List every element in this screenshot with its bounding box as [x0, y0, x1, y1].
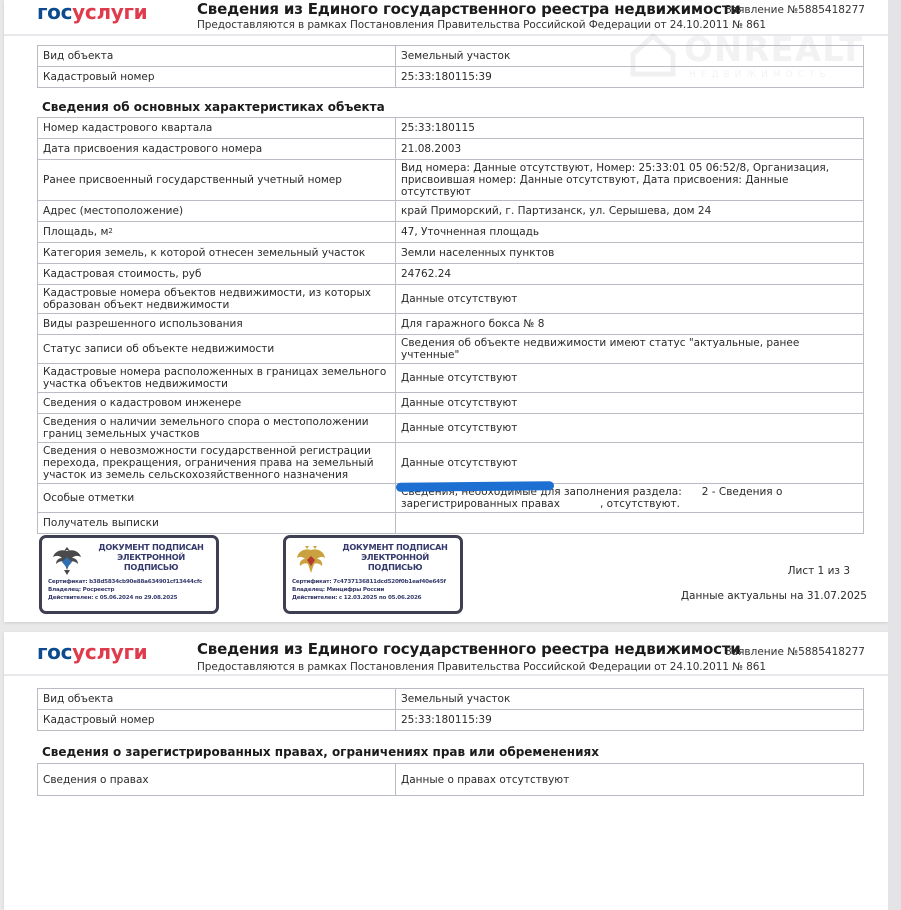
page-header: госуслуги Сведения из Единого государств…: [4, 0, 888, 36]
row-label: Кадастровые номера объектов недвижимости…: [38, 285, 396, 314]
page-header: госуслуги Сведения из Единого государств…: [4, 632, 888, 676]
e-signature-stamp-mintsifry: ДОКУМЕНТ ПОДПИСАН ЭЛЕКТРОННОЙ ПОДПИСЬЮ С…: [283, 535, 463, 614]
superscript: 2: [108, 227, 112, 235]
row-label: Ранее присвоенный государственный учетны…: [38, 160, 396, 201]
object-table: Вид объекта Земельный участок Кадастровы…: [37, 688, 864, 731]
document-page-2: госуслуги Сведения из Единого государств…: [4, 632, 888, 910]
document-subtitle: Предоставляются в рамках Постановления П…: [197, 660, 766, 674]
row-label-text: Сведения о кадастровом инженере: [43, 397, 241, 409]
section-title-rights: Сведения о зарегистрированных правах, ог…: [42, 745, 599, 759]
table-row: Сведения о кадастровом инженереДанные от…: [38, 393, 864, 414]
row-label: Сведения о кадастровом инженере: [38, 393, 396, 414]
gosuslugi-logo: госуслуги: [37, 640, 147, 664]
stamp-certificate: Сертификат: b38d5834cb90e88a634901cf1344…: [48, 578, 212, 586]
row-value: Данные отсутствуют: [396, 393, 864, 414]
stamp-title-line: ПОДПИСЬЮ: [330, 562, 460, 572]
row-label-text: Площадь, м: [43, 226, 108, 238]
row-label-text: Категория земель, к которой отнесен земе…: [43, 247, 365, 259]
row-value: Данные отсутствуют: [396, 443, 864, 484]
row-label: Адрес (местоположение): [38, 201, 396, 222]
row-value: 24762.24: [396, 264, 864, 285]
stamp-details: Сертификат: 7c4737136811dcd520f0b1eaf40e…: [292, 578, 456, 602]
table-row: Виды разрешенного использованияДля гараж…: [38, 314, 864, 335]
row-value: 25:33:180115: [396, 118, 864, 139]
table-row: Статус записи об объекте недвижимостиСве…: [38, 335, 864, 364]
logo-part-uslugi: услуги: [72, 640, 147, 664]
russia-coat-of-arms-icon: [295, 543, 327, 577]
row-value: 25:33:180115:39: [396, 710, 864, 731]
row-value: 21.08.2003: [396, 139, 864, 160]
row-value: 25:33:180115:39: [396, 67, 864, 88]
row-label-text: Сведения о невозможности государственной…: [43, 445, 374, 481]
row-label: Сведения о наличии земельного спора о ме…: [38, 414, 396, 443]
table-row: Категория земель, к которой отнесен земе…: [38, 243, 864, 264]
row-value: Земли населенных пунктов: [396, 243, 864, 264]
row-label-text: Адрес (местоположение): [43, 205, 183, 217]
row-value: Данные отсутствуют: [396, 364, 864, 393]
table-row: Вид объекта Земельный участок: [38, 689, 864, 710]
table-row: Площадь, м247, Уточненная площадь: [38, 222, 864, 243]
stamp-title-line: ДОКУМЕНТ ПОДПИСАН: [86, 542, 216, 552]
row-label: Сведения о правах: [38, 764, 396, 796]
table-row: Кадастровая стоимость, руб24762.24: [38, 264, 864, 285]
stamp-validity: Действителен: с 12.03.2025 по 05.06.2026: [292, 594, 456, 602]
table-row: Номер кадастрового квартала25:33:180115: [38, 118, 864, 139]
document-title: Сведения из Единого государственного рее…: [197, 0, 741, 18]
row-value: 47, Уточненная площадь: [396, 222, 864, 243]
table-row: Ранее присвоенный государственный учетны…: [38, 160, 864, 201]
characteristics-table: Номер кадастрового квартала25:33:180115Д…: [37, 117, 864, 534]
table-row: Получатель выписки: [38, 513, 864, 534]
row-value: Для гаражного бокса № 8: [396, 314, 864, 335]
row-label: Кадастровая стоимость, руб: [38, 264, 396, 285]
table-row: Сведения о правах Данные о правах отсутс…: [38, 764, 864, 796]
rosreestr-eagle-icon: [51, 543, 83, 577]
row-label: Вид объекта: [38, 46, 396, 67]
table-row: Адрес (местоположение)край Приморский, г…: [38, 201, 864, 222]
stamp-certificate: Сертификат: 7c4737136811dcd520f0b1eaf40e…: [292, 578, 456, 586]
stamp-owner: Владелец: Росреестр: [48, 586, 212, 594]
row-label: Дата присвоения кадастрового номера: [38, 139, 396, 160]
row-value: край Приморский, г. Партизанск, ул. Серы…: [396, 201, 864, 222]
row-label-text: Особые отметки: [43, 492, 134, 504]
row-label-text: Кадастровые номера объектов недвижимости…: [43, 287, 371, 311]
row-label-text: Виды разрешенного использования: [43, 318, 243, 330]
table-row: Дата присвоения кадастрового номера21.08…: [38, 139, 864, 160]
data-actual-date: Данные актуальны на 31.07.2025: [681, 590, 867, 602]
logo-part-gos: гос: [37, 0, 72, 24]
document-subtitle: Предоставляются в рамках Постановления П…: [197, 18, 766, 32]
row-label-text: Кадастровые номера расположенных в грани…: [43, 366, 386, 390]
row-value: [396, 513, 864, 534]
row-value: Земельный участок: [396, 689, 864, 710]
section-title-characteristics: Сведения об основных характеристиках объ…: [42, 100, 385, 114]
row-label-text: Дата присвоения кадастрового номера: [43, 143, 262, 155]
table-row: Кадастровые номера объектов недвижимости…: [38, 285, 864, 314]
row-label: Площадь, м2: [38, 222, 396, 243]
sheet-number: Лист 1 из 3: [788, 565, 850, 577]
table-row: Сведения о невозможности государственной…: [38, 443, 864, 484]
gosuslugi-logo: госуслуги: [37, 0, 147, 24]
row-label: Кадастровый номер: [38, 710, 396, 731]
application-number: Заявление №5885418277: [725, 646, 865, 658]
logo-part-uslugi: услуги: [72, 0, 147, 24]
stamp-title: ДОКУМЕНТ ПОДПИСАН ЭЛЕКТРОННОЙ ПОДПИСЬЮ: [330, 542, 460, 572]
table-row: Кадастровый номер 25:33:180115:39: [38, 710, 864, 731]
row-label: Вид объекта: [38, 689, 396, 710]
row-label-text: Получатель выписки: [43, 517, 159, 529]
stamp-title-line: ЭЛЕКТРОННОЙ: [330, 552, 460, 562]
row-label: Категория земель, к которой отнесен земе…: [38, 243, 396, 264]
stamp-owner: Владелец: Минцифры России: [292, 586, 456, 594]
stamp-title: ДОКУМЕНТ ПОДПИСАН ЭЛЕКТРОННОЙ ПОДПИСЬЮ: [86, 542, 216, 572]
row-label-text: Сведения о наличии земельного спора о ме…: [43, 416, 369, 440]
row-label: Виды разрешенного использования: [38, 314, 396, 335]
row-label: Кадастровый номер: [38, 67, 396, 88]
row-label: Кадастровые номера расположенных в грани…: [38, 364, 396, 393]
row-value: Вид номера: Данные отсутствуют, Номер: 2…: [396, 160, 864, 201]
row-label: Особые отметки: [38, 484, 396, 513]
logo-part-gos: гос: [37, 640, 72, 664]
row-label-text: Статус записи об объекте недвижимости: [43, 343, 274, 355]
stamp-validity: Действителен: с 05.06.2024 по 29.08.2025: [48, 594, 212, 602]
stamp-title-line: ПОДПИСЬЮ: [86, 562, 216, 572]
document-page-1: госуслуги Сведения из Единого государств…: [4, 0, 888, 622]
row-value: Земельный участок: [396, 46, 864, 67]
table-row: Сведения о наличии земельного спора о ме…: [38, 414, 864, 443]
e-signature-stamp-rosreestr: ДОКУМЕНТ ПОДПИСАН ЭЛЕКТРОННОЙ ПОДПИСЬЮ С…: [39, 535, 219, 614]
table-row: Кадастровые номера расположенных в грани…: [38, 364, 864, 393]
row-label-text: Кадастровая стоимость, руб: [43, 268, 201, 280]
document-title: Сведения из Единого государственного рее…: [197, 640, 741, 658]
row-value: Данные отсутствуют: [396, 285, 864, 314]
row-label: Сведения о невозможности государственной…: [38, 443, 396, 484]
scrollbar-track[interactable]: [888, 0, 901, 910]
table-row: Вид объекта Земельный участок: [38, 46, 864, 67]
row-label-text: Ранее присвоенный государственный учетны…: [43, 174, 342, 186]
application-number: Заявление №5885418277: [725, 4, 865, 16]
rights-table: Сведения о правах Данные о правах отсутс…: [37, 763, 864, 796]
redaction-mark: [396, 481, 554, 492]
row-value: Данные отсутствуют: [396, 414, 864, 443]
stamp-details: Сертификат: b38d5834cb90e88a634901cf1344…: [48, 578, 212, 602]
stamp-title-line: ЭЛЕКТРОННОЙ: [86, 552, 216, 562]
table-row: Кадастровый номер 25:33:180115:39: [38, 67, 864, 88]
row-value: Сведения об объекте недвижимости имеют с…: [396, 335, 864, 364]
row-label: Получатель выписки: [38, 513, 396, 534]
row-label: Номер кадастрового квартала: [38, 118, 396, 139]
row-label: Статус записи об объекте недвижимости: [38, 335, 396, 364]
object-table: Вид объекта Земельный участок Кадастровы…: [37, 45, 864, 88]
row-value: Данные о правах отсутствуют: [396, 764, 864, 796]
row-label-text: Номер кадастрового квартала: [43, 122, 212, 134]
stamp-title-line: ДОКУМЕНТ ПОДПИСАН: [330, 542, 460, 552]
